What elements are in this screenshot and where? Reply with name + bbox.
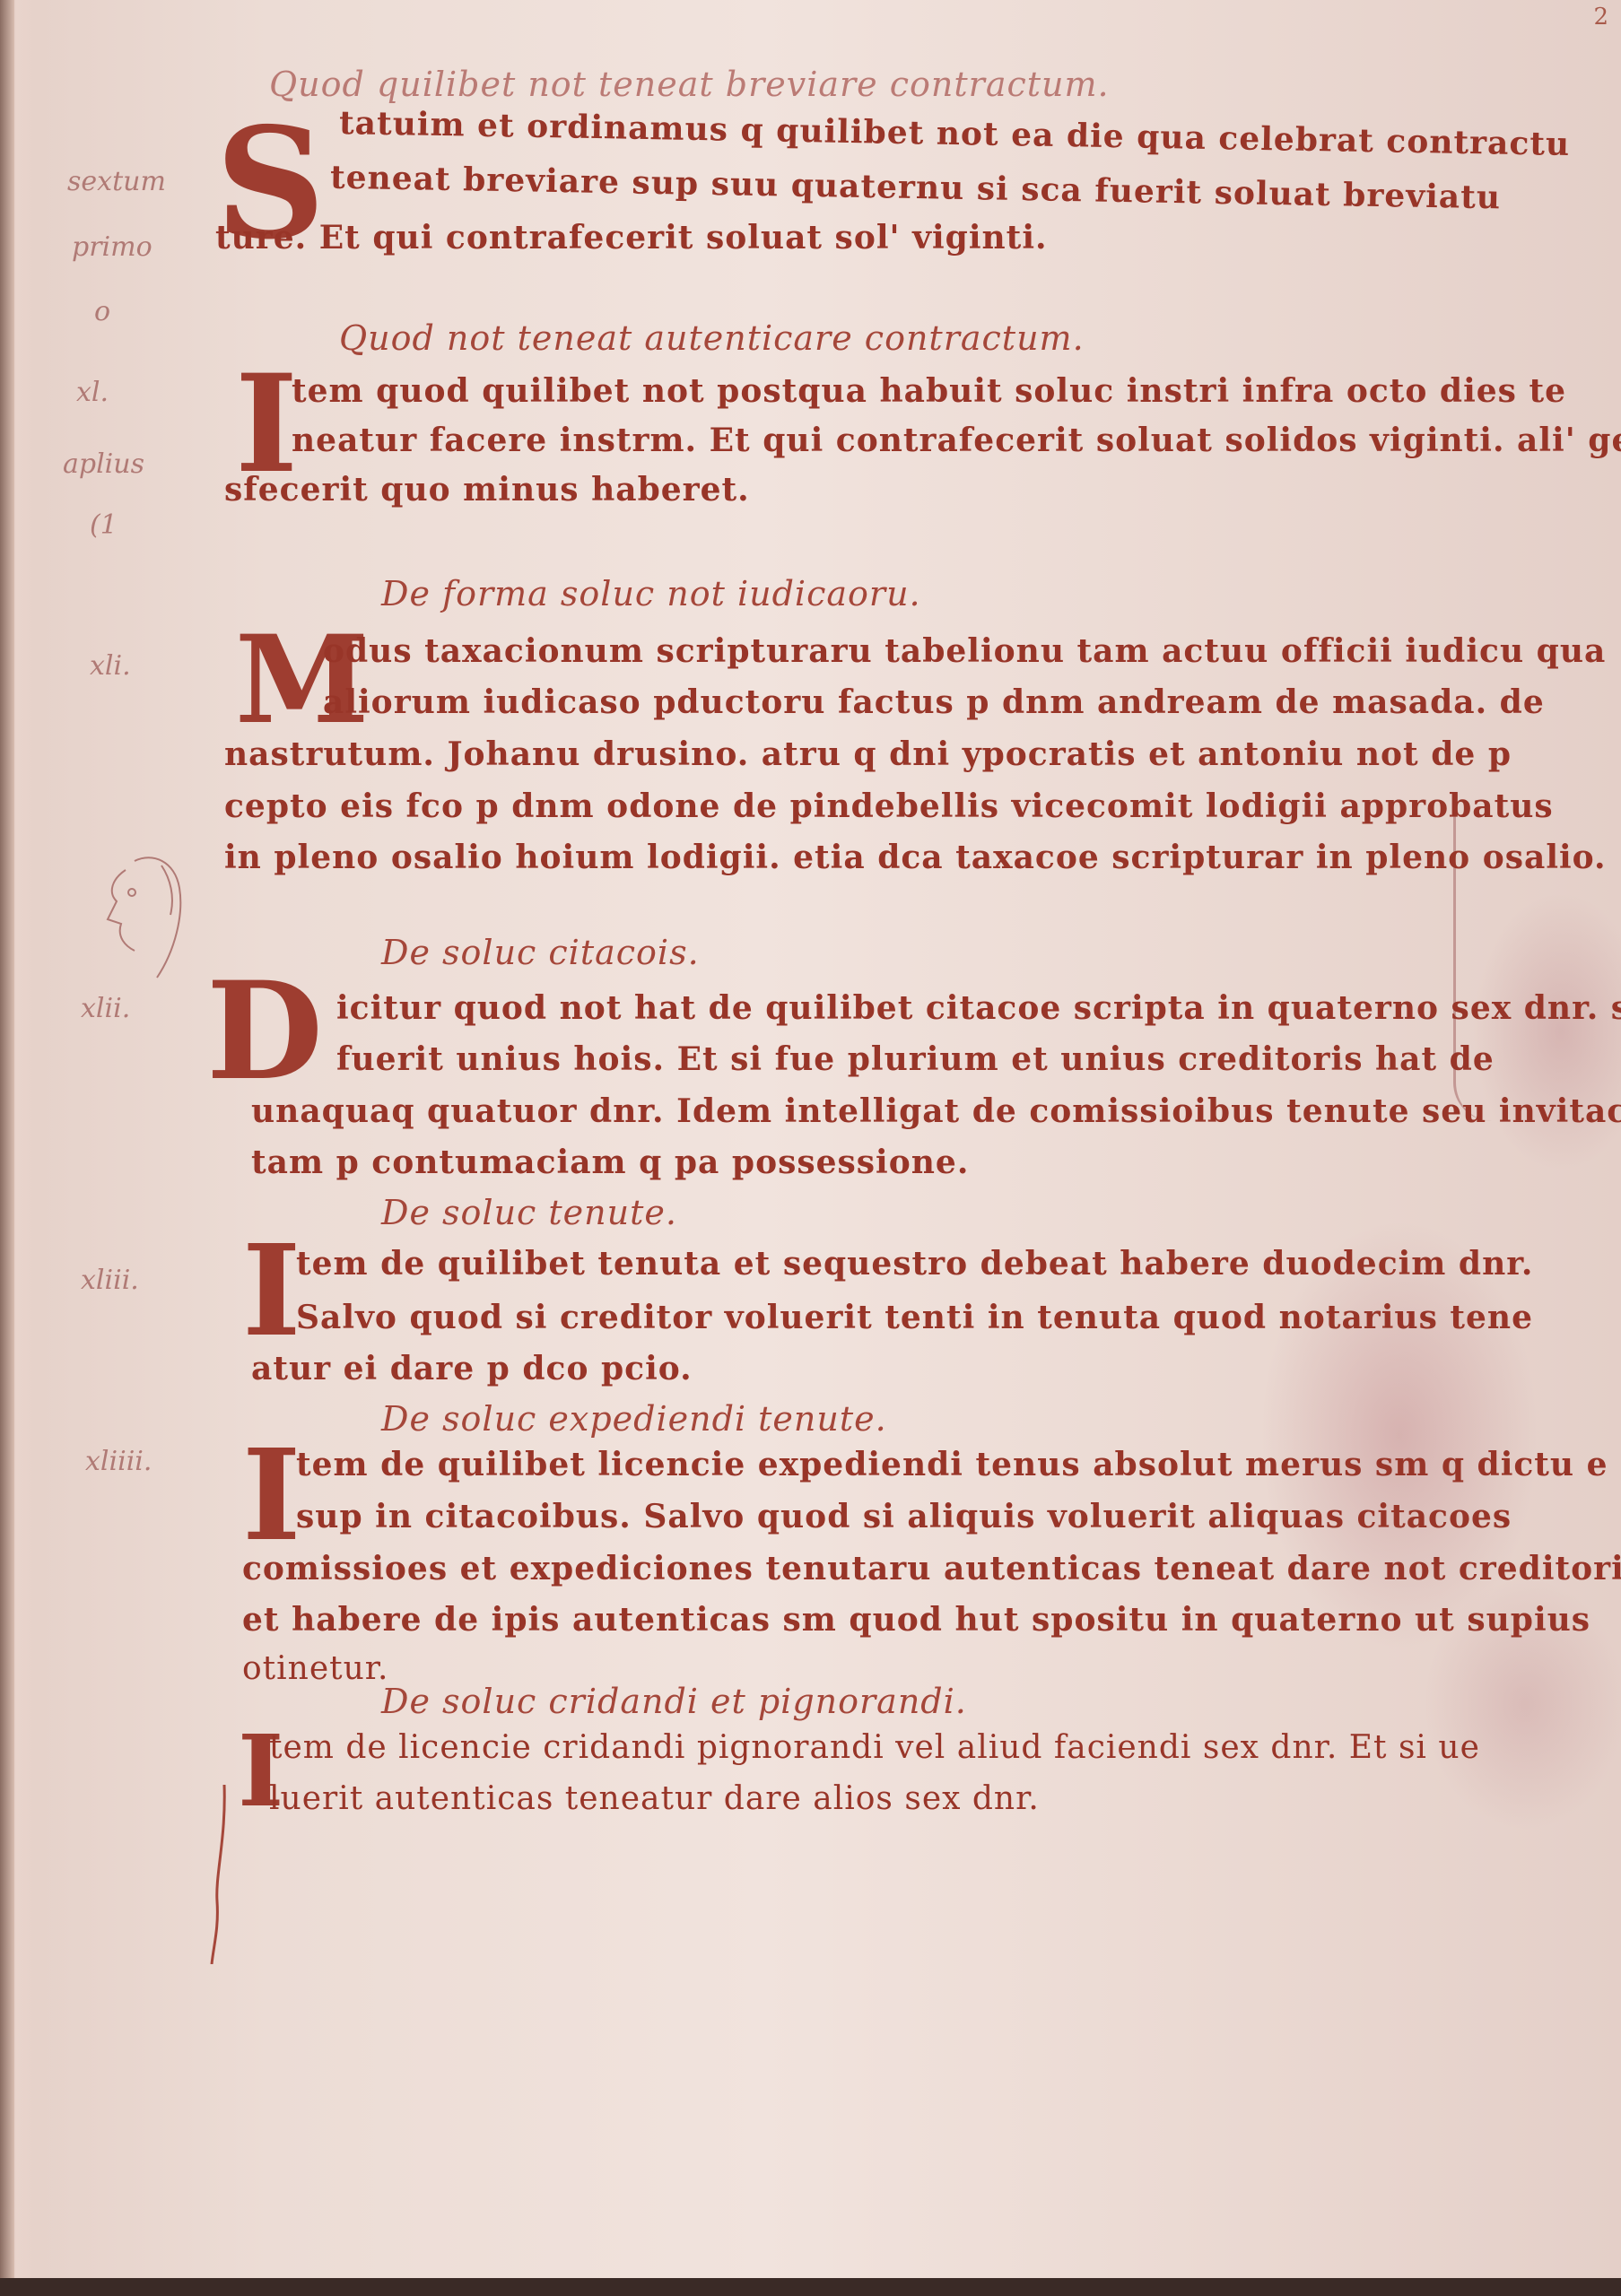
section-3-line-4: cepto eis fco p dnm odone de pindebellis… xyxy=(224,787,1554,825)
section-7-line-1: tem de licencie cridandi pignorandi vel … xyxy=(269,1729,1480,1766)
section-1-rubric: Quod quilibet not teneat breviare contra… xyxy=(269,65,1110,104)
section-2-line-2: neatur facere instrm. Et qui contrafecer… xyxy=(292,422,1621,459)
section-3-line-5: in pleno osalio hoium lodigii. etia dca … xyxy=(224,839,1607,876)
section-5-line-1: tem de quilibet tenuta et sequestro debe… xyxy=(296,1245,1533,1283)
section-6-line-4: et habere de ipis autenticas sm quod hut… xyxy=(242,1601,1590,1639)
section-2-margin-note-1: xl. xyxy=(76,377,109,408)
page-binding-edge xyxy=(0,0,14,2278)
section-5-initial: I xyxy=(242,1229,301,1354)
section-4-initial: D xyxy=(206,964,323,1099)
section-1-line-2: teneat breviare sup suu quaternu si sca … xyxy=(330,159,1502,217)
section-6-rubric: De soluc expediendi tenute. xyxy=(381,1399,887,1439)
section-2-rubric: Quod not teneat autenticare contractum. xyxy=(339,318,1085,358)
section-5-rubric: De soluc tenute. xyxy=(381,1193,677,1232)
section-1-margin-note-2: primo xyxy=(72,231,153,263)
section-7-line-2: luerit autenticas teneatur dare alios se… xyxy=(269,1780,1040,1817)
section-2-margin-note-3: (1 xyxy=(90,509,118,541)
section-5-line-3: atur ei dare p dco pcio. xyxy=(251,1350,693,1387)
section-3-margin-note-1: xli. xyxy=(90,650,131,682)
section-1-margin-note-3: o xyxy=(94,296,110,327)
corner-folio-mark: 2 xyxy=(1593,4,1608,30)
section-5-margin-note-1: xliii. xyxy=(81,1265,139,1296)
section-1-line-3: ture. Et qui contrafecerit soluat sol' v… xyxy=(215,219,1048,257)
section-4-rubric: De soluc citacois. xyxy=(381,933,700,972)
section-6-initial: I xyxy=(242,1433,301,1559)
section-3-line-1: odus taxacionum scripturaru tabelionu ta… xyxy=(323,632,1606,670)
section-4-line-1: icitur quod not hat de quilibet citacoe … xyxy=(336,989,1621,1027)
section-6-line-2: sup in citacoibus. Salvo quod si aliquis… xyxy=(296,1498,1512,1535)
section-3-line-2: aliorum iudicaso pductoru factus p dnm a… xyxy=(323,683,1545,721)
section-4-margin-note-1: xlii. xyxy=(81,993,130,1024)
marginal-face-sketch-icon xyxy=(85,852,193,1004)
section-2-line-3: sfecerit quo minus haberet. xyxy=(224,471,750,509)
section-4-line-3: unaquaq quatuor dnr. Idem intelligat de … xyxy=(251,1092,1621,1130)
page-bottom-edge xyxy=(0,2278,1621,2296)
section-1-margin-note-1: sextum xyxy=(67,166,166,197)
manuscript-page: 2 Quod quilibet not teneat breviare cont… xyxy=(0,0,1621,2278)
section-3-line-3: nastrutum. Johanu drusino. atru q dni yp… xyxy=(224,735,1512,773)
section-4-line-4: tam p contumaciam q pa possessione. xyxy=(251,1144,969,1181)
section-6-margin-note-1: xliiii. xyxy=(85,1446,152,1477)
section-2-line-1: tem quod quilibet not postqua habuit sol… xyxy=(292,372,1566,410)
section-1-line-1: tatuim et ordinamus q quilibet not ea di… xyxy=(339,104,1571,163)
section-6-line-3: comissioes et expediciones tenutaru aute… xyxy=(242,1550,1621,1587)
section-5-line-2: Salvo quod si creditor voluerit tenti in… xyxy=(296,1299,1533,1336)
section-7-rubric: De soluc cridandi et pignorandi. xyxy=(381,1682,967,1721)
initial-flourish-icon xyxy=(206,1785,242,1964)
section-3-rubric: De forma soluc not iudicaoru. xyxy=(381,574,921,613)
section-2-margin-note-2: aplius xyxy=(63,448,144,480)
section-4-line-2: fuerit unius hois. Et si fue plurium et … xyxy=(336,1040,1495,1078)
section-6-line-1: tem de quilibet licencie expediendi tenu… xyxy=(296,1446,1608,1483)
section-6-line-5: otinetur. xyxy=(242,1650,389,1687)
